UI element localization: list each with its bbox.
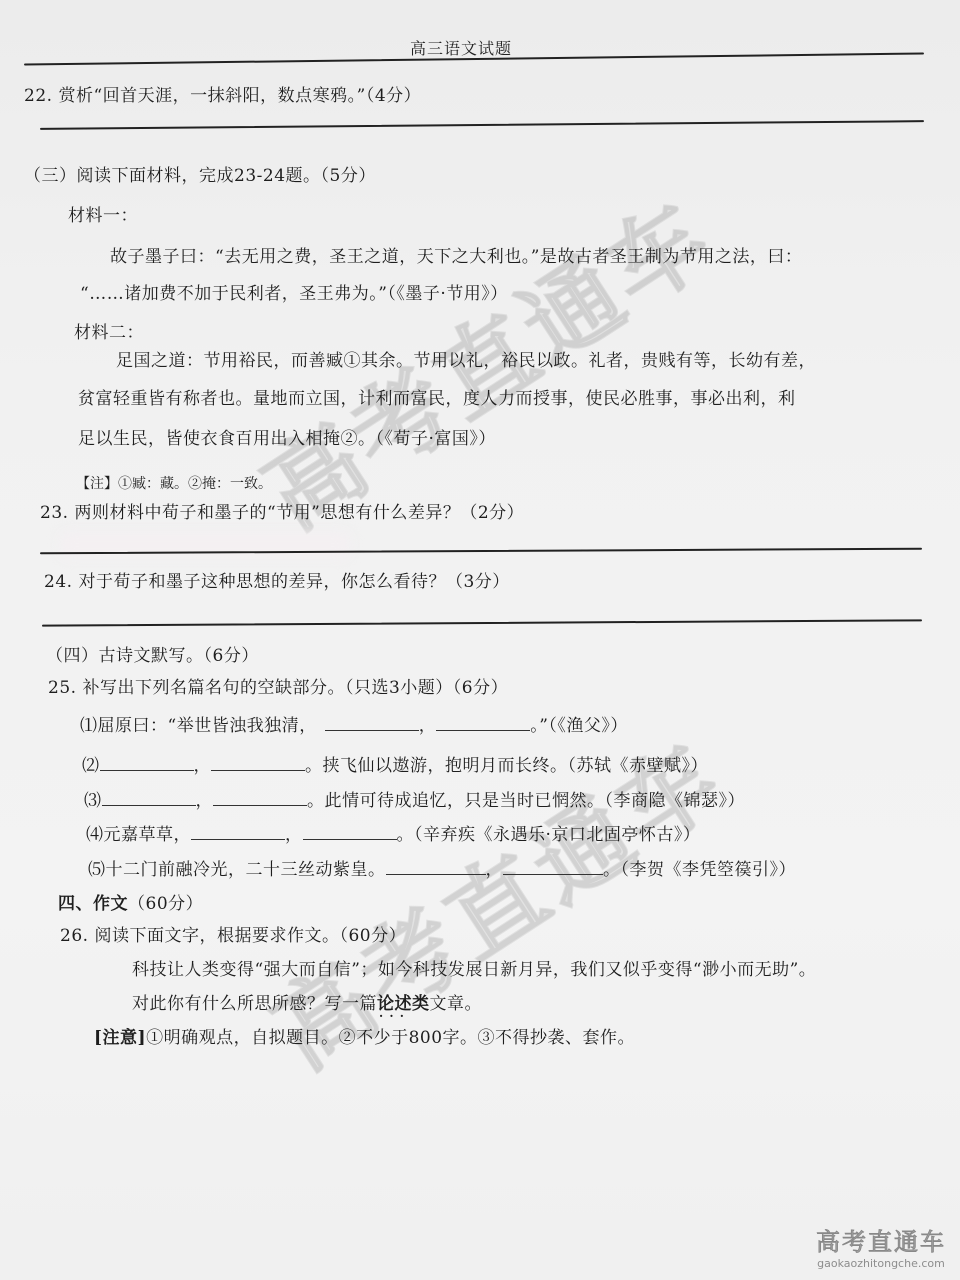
fill-item-4-prefix: ⑷元嘉草草，	[86, 825, 191, 845]
fill-item-1-suffix: 。”（《渔父》）	[530, 716, 628, 736]
fill-item-3-prefix: ⑶	[84, 791, 102, 811]
material-2-line-2: 贫富轻重皆有称者也。量地而立国，计利而富民，度人力而授事，使民必胜事，事必出利，…	[78, 391, 796, 408]
page-title: 高三语文试题	[410, 36, 512, 59]
answer-line-22[interactable]	[40, 120, 924, 129]
fill-blank-3a[interactable]	[102, 791, 196, 806]
fill-blank-2b[interactable]	[211, 756, 305, 771]
separator: ，	[419, 716, 437, 736]
fill-item-1-prefix: ⑴屈原曰：“举世皆浊我独清，	[80, 716, 317, 736]
fill-item-5-suffix: 。（李贺《李凭箜篌引》）	[603, 860, 796, 880]
fill-blank-5b[interactable]	[503, 860, 603, 875]
site-logo-text: 高考直通车	[816, 1222, 946, 1257]
question-23: 23. 两则材料中荀子和墨子的“节用”思想有什么差异？（2分）	[40, 505, 524, 522]
requirements-label: [注意]	[94, 1028, 146, 1048]
essay-genre-emphasis: 论述类	[377, 994, 430, 1014]
fill-item-2-prefix: ⑵	[82, 756, 100, 776]
site-logo: 高考直通车 gaokaozhitongche.com	[816, 1222, 946, 1270]
fill-blank-5a[interactable]	[386, 860, 486, 875]
essay-prompt-line-1: 科技让人类变得“强大而自信”；如今科技发展日新月异，我们又似乎变得“渺小而无助”…	[132, 962, 816, 979]
essay-prompt-text-end: 文章。	[430, 994, 483, 1014]
essay-section-heading: 四、作文（60分）	[58, 896, 203, 913]
question-24: 24. 对于荀子和墨子这种思想的差异，你怎么看待？（3分）	[44, 574, 510, 591]
question-26: 26. 阅读下面文字，根据要求作文。（60分）	[60, 928, 406, 945]
question-22: 22. 赏析“回首天涯，一抹斜阳，数点寒鸦。”（4分）	[24, 88, 421, 105]
fill-blank-4a[interactable]	[191, 825, 285, 840]
fill-blank-3b[interactable]	[213, 791, 307, 806]
fill-blank-2a[interactable]	[100, 756, 194, 771]
answer-line-24[interactable]	[42, 619, 922, 626]
site-logo-url: gaokaozhitongche.com	[816, 1257, 946, 1270]
question-25: 25. 补写出下列名篇名句的空缺部分。（只选3小题）（6分）	[48, 680, 508, 697]
fill-item-5-prefix: ⑸十二门前融冷光，二十三丝动紫皇。	[88, 860, 386, 880]
section-4-heading: （四）古诗文默写。（6分）	[46, 648, 259, 665]
annotation-note: 【注】①臧：藏。②掩：一致。	[76, 473, 272, 493]
fill-item-2-suffix: 。挟飞仙以遨游，抱明月而长终。（苏轼《赤壁赋》）	[305, 756, 708, 776]
separator: ，	[194, 756, 212, 776]
fill-item-1: ⑴屈原曰：“举世皆浊我独清，，。”（《渔父》）	[80, 716, 628, 735]
material-1-line-2: “……诸加费不加于民利者，圣王弗为。”（《墨子·节用》）	[80, 286, 508, 303]
blurred-answer-23	[60, 532, 350, 558]
section-3-heading: （三）阅读下面材料，完成23-24题。（5分）	[24, 168, 376, 185]
material-1-label: 材料一：	[68, 208, 138, 225]
material-1-line-1: 故子墨子曰：“去无用之费，圣王之道，天下之大利也。”是故古者圣王制为节用之法，曰…	[110, 249, 802, 266]
fill-item-3: ⑶，。此情可待成追忆，只是当时已惘然。（李商隐《锦瑟》）	[84, 791, 745, 810]
essay-prompt-text: 对此你有什么所思所感？写一篇	[132, 994, 377, 1014]
fill-blank-1a[interactable]	[325, 716, 419, 731]
essay-heading-score: （60分）	[128, 894, 203, 914]
fill-blank-1b[interactable]	[436, 716, 530, 731]
material-2-label: 材料二：	[74, 325, 144, 342]
fill-item-4: ⑷元嘉草草，，。（辛弃疾《永遇乐·京口北固亭怀古》）	[86, 825, 700, 844]
essay-prompt-line-2: 对此你有什么所思所感？写一篇论述类文章。	[132, 996, 482, 1013]
fill-item-4-suffix: 。（辛弃疾《永遇乐·京口北固亭怀古》）	[397, 825, 701, 845]
material-2-line-1: 足国之道：节用裕民，而善臧①其余。节用以礼，裕民以政。礼者，贵贱有等，长幼有差，	[116, 353, 816, 370]
separator: ，	[486, 860, 504, 880]
material-2-line-3: 足以生民，皆使衣食百用出入相掩②。（《荀子·富国》）	[78, 431, 496, 448]
separator: ，	[285, 825, 303, 845]
essay-heading-label: 四、作文	[58, 894, 128, 914]
essay-requirements: [注意]①明确观点，自拟题目。②不少于800字。③不得抄袭、套作。	[94, 1030, 635, 1047]
separator: ，	[196, 791, 214, 811]
requirements-text: ①明确观点，自拟题目。②不少于800字。③不得抄袭、套作。	[146, 1028, 635, 1048]
fill-item-2: ⑵，。挟飞仙以遨游，抱明月而长终。（苏轼《赤壁赋》）	[82, 756, 708, 775]
fill-item-5: ⑸十二门前融冷光，二十三丝动紫皇。，。（李贺《李凭箜篌引》）	[88, 860, 796, 879]
fill-item-3-suffix: 。此情可待成追忆，只是当时已惘然。（李商隐《锦瑟》）	[307, 791, 745, 811]
fill-blank-4b[interactable]	[303, 825, 397, 840]
